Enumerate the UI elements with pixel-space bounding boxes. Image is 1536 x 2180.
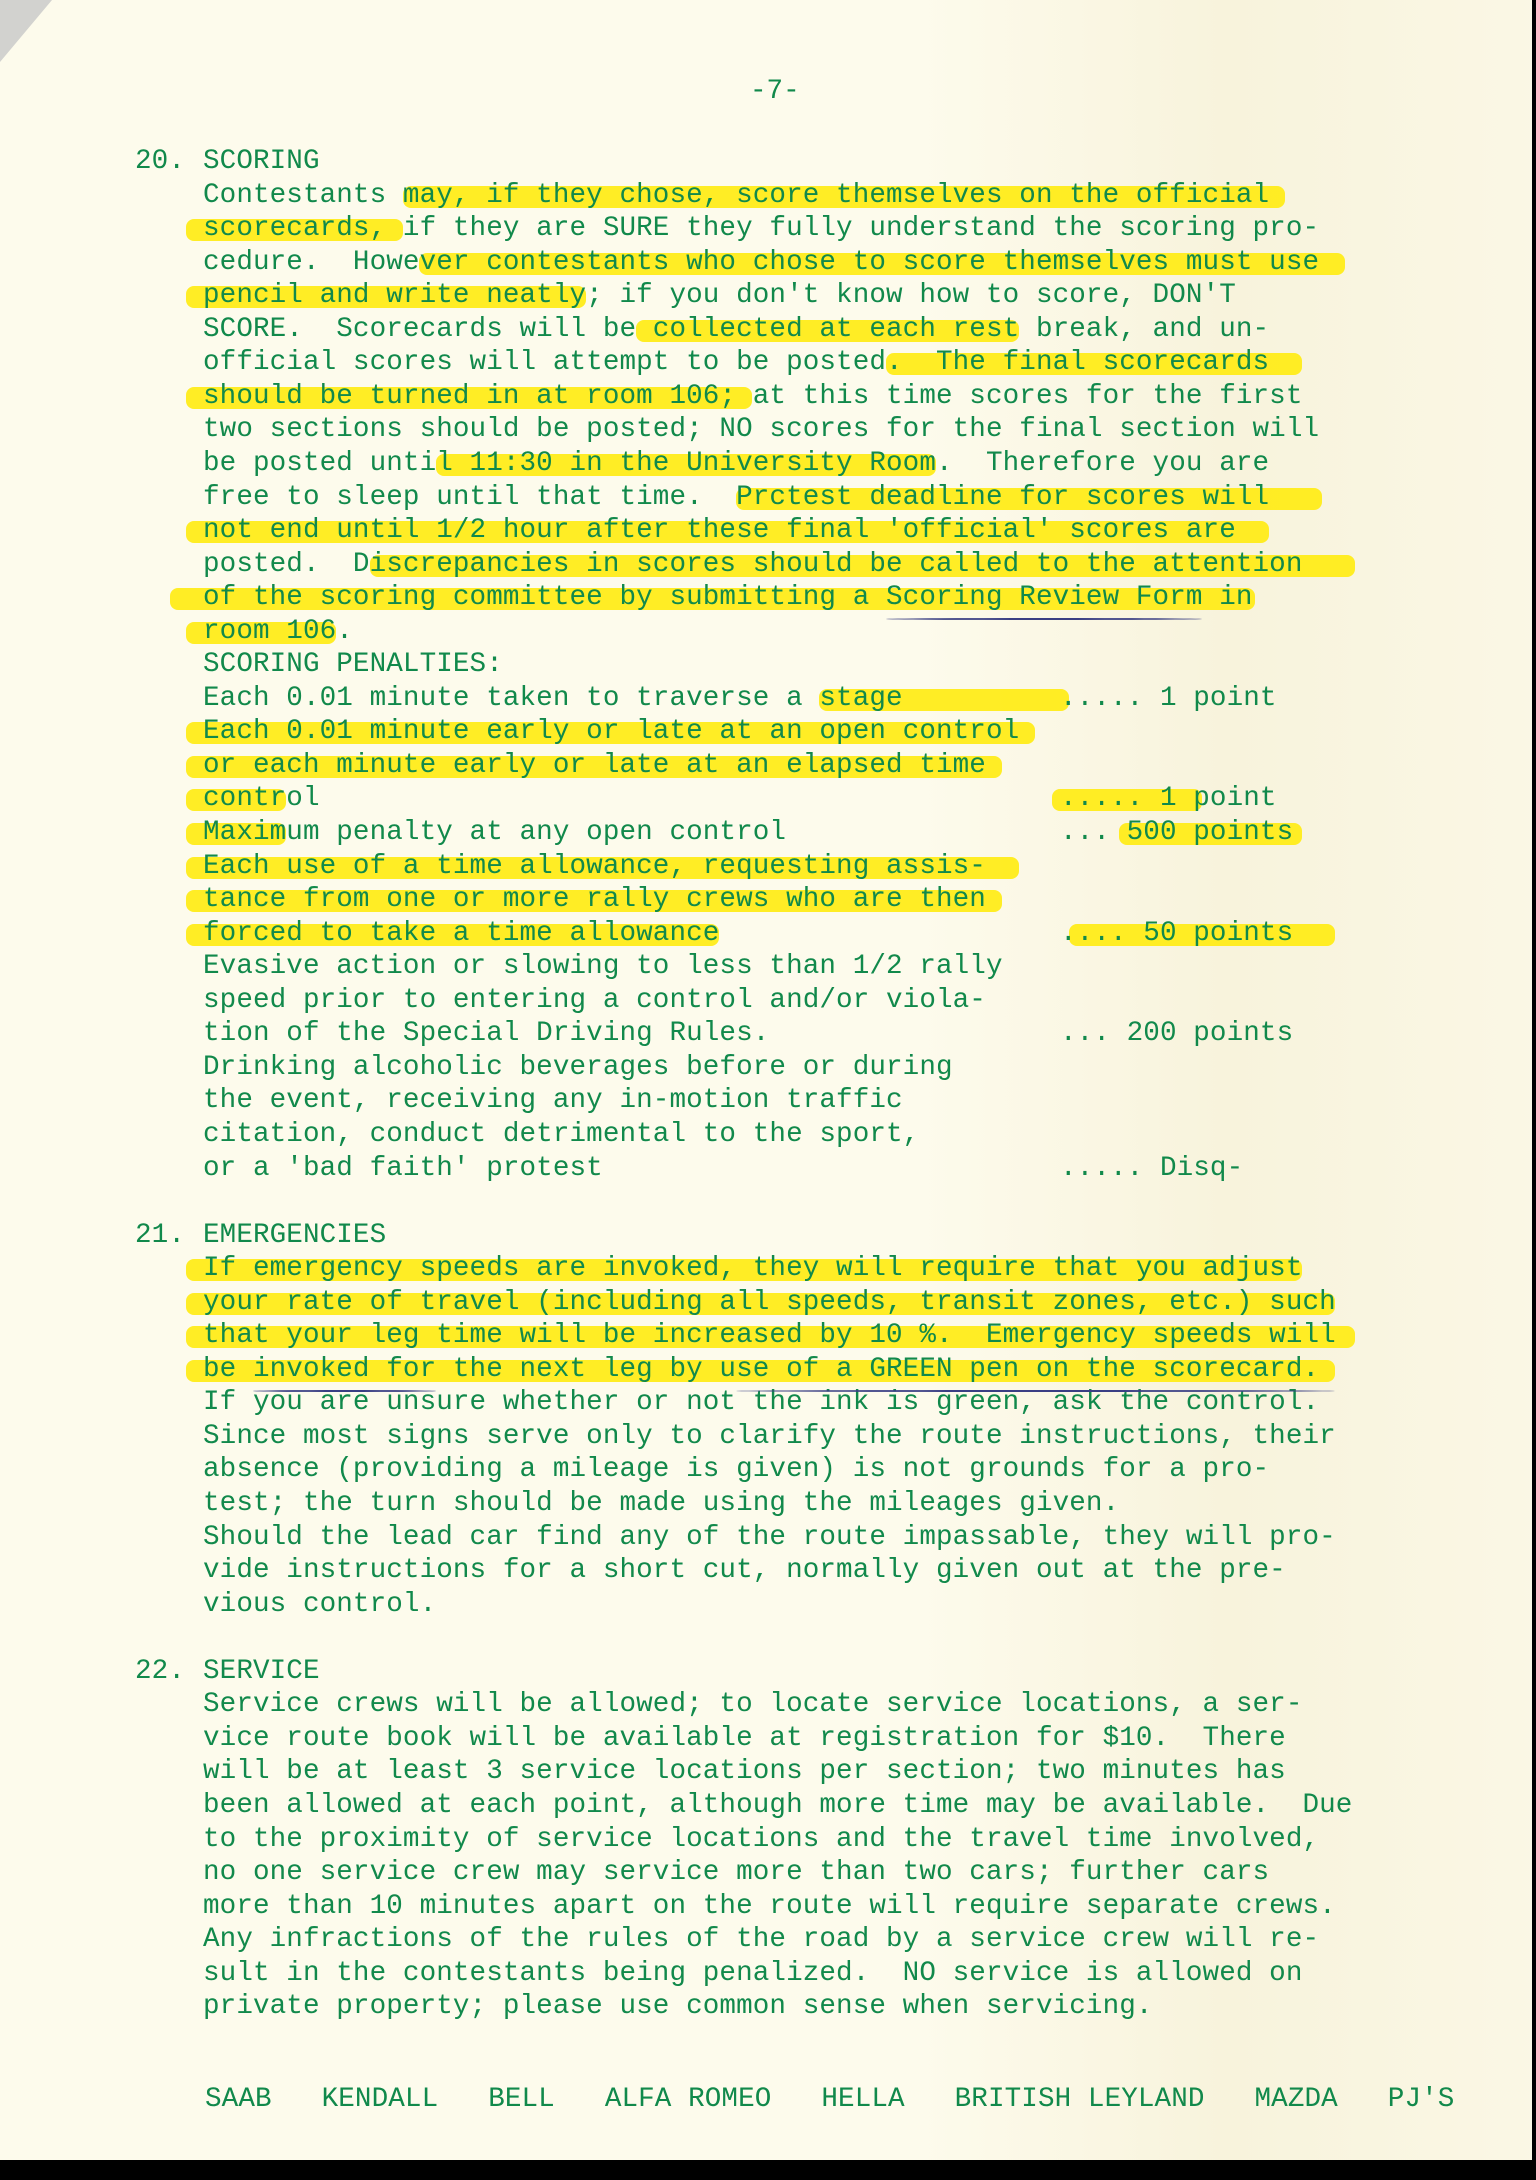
penalty-description: Maximum penalty at any open control	[203, 816, 786, 850]
page-number: -7-	[750, 76, 800, 107]
section-title: SCORING	[203, 145, 320, 179]
body-line: should be turned in at room 106; at this…	[203, 380, 1303, 414]
body-line: will be at least 3 service locations per…	[203, 1755, 1286, 1789]
penalty-description: tion of the Special Driving Rules.	[203, 1017, 769, 1051]
penalty-description: or each minute early or late at an elaps…	[203, 749, 986, 783]
body-line: free to sleep until that time. Prctest d…	[203, 481, 1269, 515]
section-number: 20.	[135, 145, 185, 179]
pen-underline	[736, 1390, 1335, 1392]
body-line: of the scoring committee by submitting a…	[203, 581, 1253, 615]
penalty-description: tance from one or more rally crews who a…	[203, 883, 986, 917]
body-line: If emergency speeds are invoked, they wi…	[203, 1252, 1303, 1286]
penalty-description: Each 0.01 minute taken to traverse a sta…	[203, 682, 903, 716]
penalty-description: citation, conduct detrimental to the spo…	[203, 1118, 919, 1152]
body-line: be invoked for the next leg by use of a …	[203, 1353, 1319, 1387]
penalty-value: ..... 1 point	[1060, 782, 1277, 816]
body-line: sult in the contestants being penalized.…	[203, 1957, 1303, 1991]
penalties-heading: SCORING PENALTIES:	[203, 648, 503, 682]
body-line: your rate of travel (including all speed…	[203, 1286, 1336, 1320]
body-line: scorecards, if they are SURE they fully …	[203, 212, 1319, 246]
penalty-value: ..... Disq-	[1060, 1152, 1243, 1186]
penalty-description: speed prior to entering a control and/or…	[203, 984, 986, 1018]
penalty-description: control	[203, 782, 320, 816]
section-title: EMERGENCIES	[203, 1219, 386, 1253]
penalty-description: Each 0.01 minute early or late at an ope…	[203, 715, 1019, 749]
body-line: been allowed at each point, although mor…	[203, 1789, 1352, 1823]
penalty-description: Each use of a time allowance, requesting…	[203, 850, 986, 884]
body-line: test; the turn should be made using the …	[203, 1487, 1119, 1521]
body-line: that your leg time will be increased by …	[203, 1319, 1336, 1353]
body-line: private property; please use common sens…	[203, 1990, 1153, 2024]
body-line: room 106.	[203, 615, 353, 649]
section-number: 21.	[135, 1219, 185, 1253]
body-line: be posted until 11:30 in the University …	[203, 447, 1269, 481]
body-line: Since most signs serve only to clarify t…	[203, 1420, 1336, 1454]
penalty-description: Evasive action or slowing to less than 1…	[203, 950, 1003, 984]
penalty-description: or a 'bad faith' protest	[203, 1152, 603, 1186]
body-line: no one service crew may service more tha…	[203, 1856, 1269, 1890]
body-line: to the proximity of service locations an…	[203, 1823, 1319, 1857]
section-number: 22.	[135, 1655, 185, 1689]
body-line: pencil and write neatly; if you don't kn…	[203, 279, 1236, 313]
sponsor-footer: SAAB KENDALL BELL ALFA ROMEO HELLA BRITI…	[205, 2083, 1454, 2117]
document-page: -7- 20.SCORINGContestants may, if they c…	[0, 0, 1532, 2160]
penalty-description: the event, receiving any in-motion traff…	[203, 1084, 903, 1118]
body-line: Service crews will be allowed; to locate…	[203, 1688, 1303, 1722]
body-line: posted. Discrepancies in scores should b…	[203, 548, 1303, 582]
penalty-description: Drinking alcoholic beverages before or d…	[203, 1051, 953, 1085]
body-line: vice route book will be available at reg…	[203, 1722, 1286, 1756]
folded-corner	[0, 0, 52, 62]
body-line: cedure. However contestants who chose to…	[203, 246, 1319, 280]
body-line: two sections should be posted; NO scores…	[203, 413, 1319, 447]
body-line: Should the lead car find any of the rout…	[203, 1521, 1336, 1555]
pen-underline	[253, 1390, 436, 1392]
penalty-value: ..... 1 point	[1060, 682, 1277, 716]
body-line: SCORE. Scorecards will be collected at e…	[203, 313, 1269, 347]
body-line: not end until 1/2 hour after these final…	[203, 514, 1236, 548]
section-title: SERVICE	[203, 1655, 320, 1689]
body-line: absence (providing a mileage is given) i…	[203, 1453, 1269, 1487]
pen-underline	[886, 618, 1202, 620]
body-line: more than 10 minutes apart on the route …	[203, 1890, 1336, 1924]
penalty-value: ... 500 points	[1060, 816, 1293, 850]
penalty-description: forced to take a time allowance	[203, 917, 719, 951]
body-line: Any infractions of the rules of the road…	[203, 1923, 1319, 1957]
body-line: vious control.	[203, 1588, 436, 1622]
penalty-value: .... 50 points	[1060, 917, 1293, 951]
penalty-value: ... 200 points	[1060, 1017, 1293, 1051]
body-line: vide instructions for a short cut, norma…	[203, 1554, 1286, 1588]
body-line: official scores will attempt to be poste…	[203, 346, 1269, 380]
body-line: Contestants may, if they chose, score th…	[203, 179, 1269, 213]
